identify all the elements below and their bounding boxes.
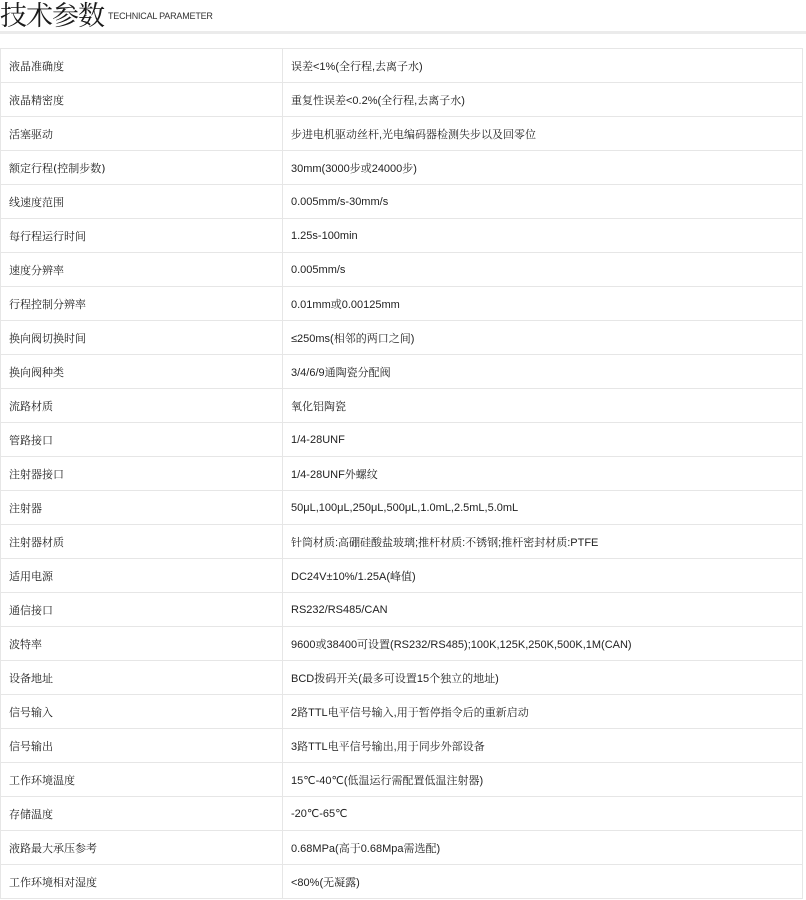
spec-label: 额定行程(控制步数) (1, 151, 283, 185)
spec-value: 0.005mm/s-30mm/s (283, 185, 803, 219)
spec-label: 信号输入 (1, 695, 283, 729)
spec-value: 重复性误差<0.2%(全行程,去离子水) (283, 83, 803, 117)
table-row: 换向阀切换时间≤250ms(相邻的两口之间) (1, 321, 803, 355)
table-row: 行程控制分辨率0.01mm或0.00125mm (1, 287, 803, 321)
table-row: 液晶精密度重复性误差<0.2%(全行程,去离子水) (1, 83, 803, 117)
spec-value: BCD拨码开关(最多可设置15个独立的地址) (283, 661, 803, 695)
table-row: 额定行程(控制步数)30mm(3000步或24000步) (1, 151, 803, 185)
table-row: 流路材质氧化铝陶瓷 (1, 389, 803, 423)
spec-value: 针筒材质:高硼硅酸盐玻璃;推杆材质:不锈钢;推杆密封材质:PTFE (283, 525, 803, 559)
table-row: 通信接口RS232/RS485/CAN (1, 593, 803, 627)
spec-table: 液晶准确度误差<1%(全行程,去离子水) 液晶精密度重复性误差<0.2%(全行程… (0, 48, 803, 899)
table-row: 适用电源DC24V±10%/1.25A(峰值) (1, 559, 803, 593)
spec-value: -20℃-65℃ (283, 797, 803, 831)
section-heading: 技术参数 TECHNICAL PARAMETER (0, 0, 213, 30)
spec-label: 线速度范围 (1, 185, 283, 219)
spec-value: 9600或38400可设置(RS232/RS485);100K,125K,250… (283, 627, 803, 661)
table-row: 活塞驱动步进电机驱动丝杆,光电编码器检测失步以及回零位 (1, 117, 803, 151)
spec-value: 15℃-40℃(低温运行需配置低温注射器) (283, 763, 803, 797)
spec-value: 50μL,100μL,250μL,500μL,1.0mL,2.5mL,5.0mL (283, 491, 803, 525)
section-title: 技术参数 (0, 3, 104, 30)
table-row: 换向阀种类3/4/6/9通陶瓷分配阀 (1, 355, 803, 389)
spec-value: 1.25s-100min (283, 219, 803, 253)
spec-label: 液晶精密度 (1, 83, 283, 117)
table-row: 液路最大承压参考0.68MPa(高于0.68Mpa需选配) (1, 831, 803, 865)
spec-value: 氧化铝陶瓷 (283, 389, 803, 423)
spec-value: <80%(无凝露) (283, 865, 803, 899)
table-row: 注射器接口1/4-28UNF外螺纹 (1, 457, 803, 491)
spec-value: 0.01mm或0.00125mm (283, 287, 803, 321)
table-row: 管路接口1/4-28UNF (1, 423, 803, 457)
spec-value: DC24V±10%/1.25A(峰值) (283, 559, 803, 593)
spec-label: 注射器 (1, 491, 283, 525)
spec-label: 管路接口 (1, 423, 283, 457)
spec-label: 工作环境温度 (1, 763, 283, 797)
heading-divider (0, 31, 806, 34)
table-row: 每行程运行时间1.25s-100min (1, 219, 803, 253)
table-row: 注射器材质针筒材质:高硼硅酸盐玻璃;推杆材质:不锈钢;推杆密封材质:PTFE (1, 525, 803, 559)
table-row: 存储温度-20℃-65℃ (1, 797, 803, 831)
spec-label: 工作环境相对湿度 (1, 865, 283, 899)
spec-label: 行程控制分辨率 (1, 287, 283, 321)
spec-label: 波特率 (1, 627, 283, 661)
spec-label: 注射器材质 (1, 525, 283, 559)
spec-label: 液晶准确度 (1, 49, 283, 83)
spec-label: 速度分辨率 (1, 253, 283, 287)
section-subtitle: TECHNICAL PARAMETER (108, 11, 213, 21)
spec-value: 30mm(3000步或24000步) (283, 151, 803, 185)
table-row: 信号输入2路TTL电平信号输入,用于暂停指令后的重新启动 (1, 695, 803, 729)
table-row: 工作环境温度15℃-40℃(低温运行需配置低温注射器) (1, 763, 803, 797)
spec-value: 步进电机驱动丝杆,光电编码器检测失步以及回零位 (283, 117, 803, 151)
spec-value: 2路TTL电平信号输入,用于暂停指令后的重新启动 (283, 695, 803, 729)
spec-label: 通信接口 (1, 593, 283, 627)
spec-label: 适用电源 (1, 559, 283, 593)
spec-value: RS232/RS485/CAN (283, 593, 803, 627)
table-row: 注射器50μL,100μL,250μL,500μL,1.0mL,2.5mL,5.… (1, 491, 803, 525)
spec-label: 换向阀种类 (1, 355, 283, 389)
table-row: 设备地址BCD拨码开关(最多可设置15个独立的地址) (1, 661, 803, 695)
spec-value: 1/4-28UNF (283, 423, 803, 457)
spec-value: 误差<1%(全行程,去离子水) (283, 49, 803, 83)
spec-label: 活塞驱动 (1, 117, 283, 151)
spec-label: 信号输出 (1, 729, 283, 763)
table-row: 工作环境相对湿度<80%(无凝露) (1, 865, 803, 899)
spec-label: 液路最大承压参考 (1, 831, 283, 865)
spec-table-body: 液晶准确度误差<1%(全行程,去离子水) 液晶精密度重复性误差<0.2%(全行程… (1, 49, 803, 899)
table-row: 液晶准确度误差<1%(全行程,去离子水) (1, 49, 803, 83)
table-row: 波特率9600或38400可设置(RS232/RS485);100K,125K,… (1, 627, 803, 661)
table-row: 信号输出3路TTL电平信号输出,用于同步外部设备 (1, 729, 803, 763)
spec-label: 换向阀切换时间 (1, 321, 283, 355)
spec-value: 0.68MPa(高于0.68Mpa需选配) (283, 831, 803, 865)
spec-label: 存储温度 (1, 797, 283, 831)
table-row: 速度分辨率0.005mm/s (1, 253, 803, 287)
spec-value: ≤250ms(相邻的两口之间) (283, 321, 803, 355)
spec-label: 设备地址 (1, 661, 283, 695)
spec-value: 3路TTL电平信号输出,用于同步外部设备 (283, 729, 803, 763)
spec-value: 3/4/6/9通陶瓷分配阀 (283, 355, 803, 389)
spec-label: 注射器接口 (1, 457, 283, 491)
table-row: 线速度范围0.005mm/s-30mm/s (1, 185, 803, 219)
spec-label: 每行程运行时间 (1, 219, 283, 253)
spec-value: 0.005mm/s (283, 253, 803, 287)
spec-label: 流路材质 (1, 389, 283, 423)
spec-value: 1/4-28UNF外螺纹 (283, 457, 803, 491)
